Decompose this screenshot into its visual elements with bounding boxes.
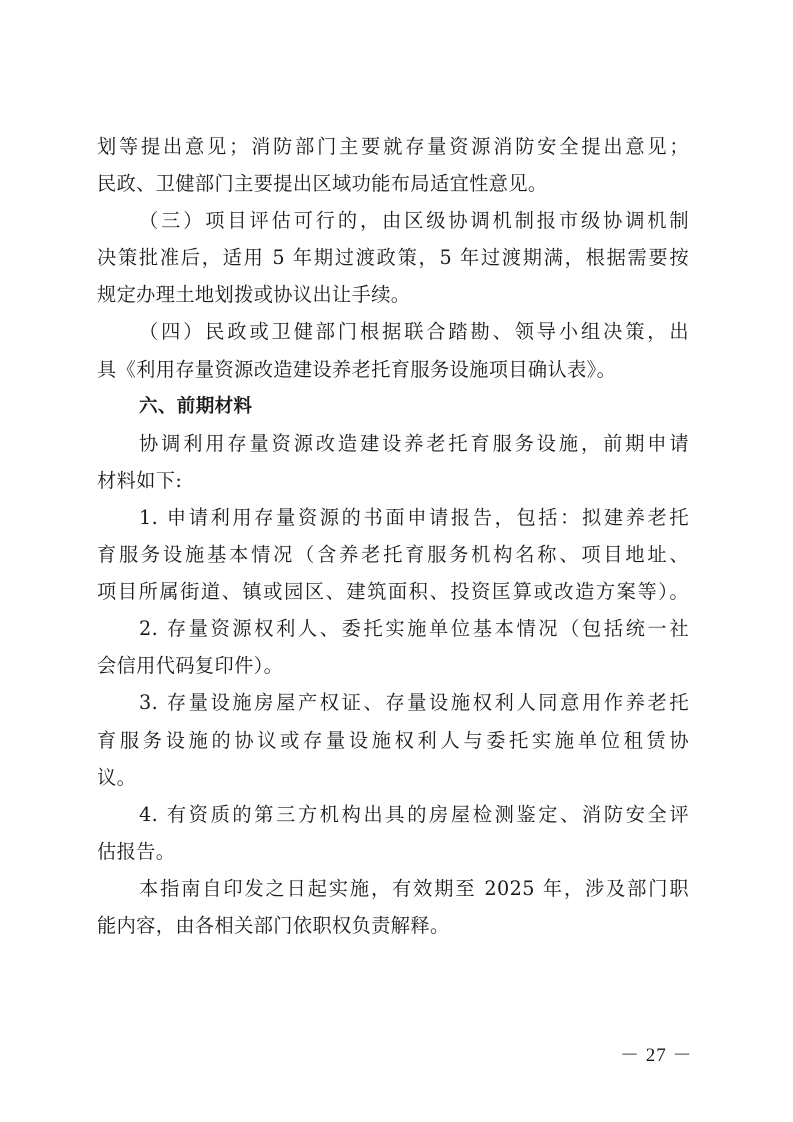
- text-line: （四）民政或卫健部门根据联合踏勘、领导小组决策，出: [97, 313, 689, 350]
- list-item-material-3: 3. 存量设施房屋产权证、存量设施权利人同意用作养老托 育服务设施的协议或存量设…: [97, 684, 689, 795]
- text-line: 2. 存量资源权利人、委托实施单位基本情况（包括统一社: [97, 610, 689, 647]
- page-number: － 27 －: [620, 1040, 693, 1067]
- text-line: （三）项目评估可行的，由区级协调机制报市级协调机制: [97, 202, 689, 239]
- text-line: 4. 有资质的第三方机构出具的房屋检测鉴定、消防安全评: [97, 796, 689, 833]
- text-line: 项目所属街道、镇或园区、建筑面积、投资匡算或改造方案等）。: [97, 573, 689, 610]
- text-line: 划等提出意见；消防部门主要就存量资源消防安全提出意见；: [97, 128, 689, 165]
- text-line: 1. 申请利用存量资源的书面申请报告，包括：拟建养老托: [97, 499, 689, 536]
- text-line: 会信用代码复印件）。: [97, 647, 689, 684]
- text-line: 3. 存量设施房屋产权证、存量设施权利人同意用作养老托: [97, 684, 689, 721]
- text-line: 协调利用存量资源改造建设养老托育服务设施，前期申请: [97, 425, 689, 462]
- text-line: 材料如下:: [97, 462, 689, 499]
- page-body: 划等提出意见；消防部门主要就存量资源消防安全提出意见； 民政、卫健部门主要提出区…: [97, 128, 689, 944]
- text-line: 育服务设施的协议或存量设施权利人与委托实施单位租赁协: [97, 722, 689, 759]
- text-line: 能内容，由各相关部门依职权负责解释。: [97, 907, 689, 944]
- paragraph-dept-opinions: 划等提出意见；消防部门主要就存量资源消防安全提出意见； 民政、卫健部门主要提出区…: [97, 128, 689, 202]
- list-item-material-4: 4. 有资质的第三方机构出具的房屋检测鉴定、消防安全评 估报告。: [97, 796, 689, 870]
- text-line: 民政、卫健部门主要提出区域功能布局适宜性意见。: [97, 165, 689, 202]
- list-item-material-2: 2. 存量资源权利人、委托实施单位基本情况（包括统一社 会信用代码复印件）。: [97, 610, 689, 684]
- text-line: 议。: [97, 759, 689, 796]
- list-item-material-1: 1. 申请利用存量资源的书面申请报告，包括：拟建养老托 育服务设施基本情况（含养…: [97, 499, 689, 610]
- text-line: 估报告。: [97, 833, 689, 870]
- text-line: 决策批准后，适用 5 年期过渡政策，5 年过渡期满，根据需要按: [97, 239, 689, 276]
- section-6-title: 六、前期材料: [97, 388, 689, 425]
- paragraph-section-intro: 协调利用存量资源改造建设养老托育服务设施，前期申请 材料如下:: [97, 425, 689, 499]
- section-heading: 六、前期材料: [97, 388, 689, 425]
- text-line: 规定办理土地划拨或协议出让手续。: [97, 276, 689, 313]
- text-line: 本指南自印发之日起实施，有效期至 2025 年，涉及部门职: [97, 870, 689, 907]
- text-line: 育服务设施基本情况（含养老托育服务机构名称、项目地址、: [97, 536, 689, 573]
- text-line: 具《利用存量资源改造建设养老托育服务设施项目确认表》。: [97, 351, 689, 388]
- paragraph-step-4: （四）民政或卫健部门根据联合踏勘、领导小组决策，出 具《利用存量资源改造建设养老…: [97, 313, 689, 387]
- document-page: 划等提出意见；消防部门主要就存量资源消防安全提出意见； 民政、卫健部门主要提出区…: [0, 0, 793, 1122]
- paragraph-step-3: （三）项目评估可行的，由区级协调机制报市级协调机制 决策批准后，适用 5 年期过…: [97, 202, 689, 313]
- paragraph-effective-clause: 本指南自印发之日起实施，有效期至 2025 年，涉及部门职 能内容，由各相关部门…: [97, 870, 689, 944]
